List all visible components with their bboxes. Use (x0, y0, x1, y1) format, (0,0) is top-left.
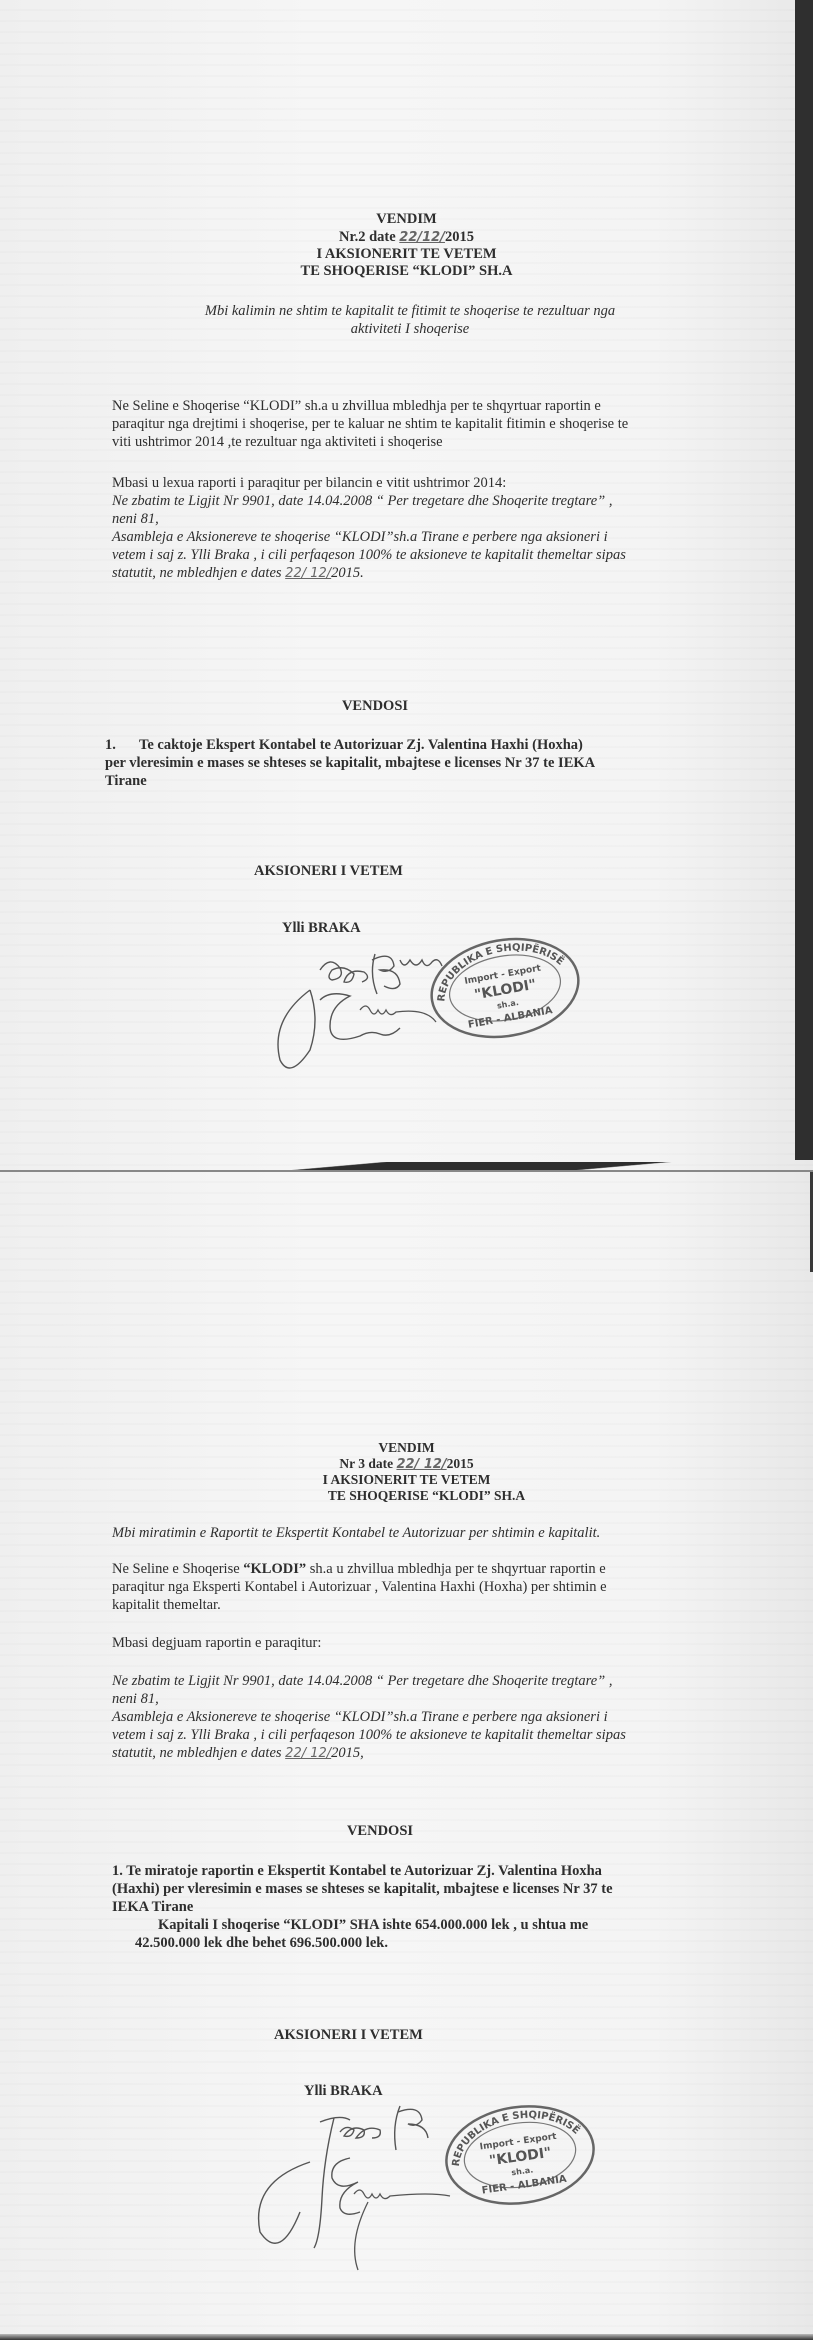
basis-line: Ne zbatim te Ligjit Nr 9901, date 14.04.… (112, 492, 612, 510)
decision-line: Tirane (105, 772, 147, 790)
decision-heading: VENDOSI (0, 1822, 760, 1840)
basis-year: 2015. (331, 565, 364, 581)
subject-line: Mbi miratimin e Raportit te Ekspertit Ko… (112, 1524, 600, 1542)
document-page-2: VENDIM Nr 3 date 22/ 12/2015 I AKSIONERI… (0, 1172, 813, 2340)
decision-line: IEKA Tirane (112, 1898, 193, 1916)
signatory-title: AKSIONERI I VETEM (254, 862, 403, 880)
decision-title: VENDIM (0, 1440, 813, 1456)
basis-line: Asambleja e Aksionereve te shoqerise “KL… (112, 528, 608, 546)
decision-number-date: Nr 3 date 22/ 12/2015 (0, 1456, 813, 1473)
decision-item-number: 1. (105, 736, 139, 754)
basis-text: statutit, ne mbledhjen e dates (112, 1745, 285, 1761)
handwritten-date: 22/ 12/ (285, 566, 331, 581)
intro-text: sh.a u zhvillua mbledhja per te shqyrtua… (306, 1561, 606, 1577)
signatory-title: AKSIONERI I VETEM (274, 2026, 423, 2044)
subject-line: Mbi kalimin ne shtim te kapitalit te fit… (110, 302, 710, 320)
signatory-name: Ylli BRAKA (282, 919, 361, 937)
intro-line: Ne Seline e Shoqerise “KLODI” sh.a u zhv… (112, 1560, 606, 1578)
decision-number: Nr.2 date (339, 229, 399, 245)
basis-line: statutit, ne mbledhjen e dates 22/ 12/20… (112, 1744, 364, 1763)
decision-line: 1. Te miratoje raportin e Ekspertit Kont… (112, 1862, 602, 1880)
basis-text: statutit, ne mbledhjen e dates (112, 565, 285, 581)
intro-line: paraqitur nga Eksperti Kontabel i Autori… (112, 1578, 607, 1596)
decision-heading: VENDOSI (0, 697, 750, 715)
basis-line: vetem i saj z. Ylli Braka , i cili perfa… (112, 546, 626, 564)
company-name: “KLODI” (243, 1561, 306, 1577)
basis-lead: Mbasi u lexua raporti i paraqitur per bi… (112, 474, 506, 492)
decision-year: 2015 (445, 229, 474, 245)
intro-line: kapitalit themeltar. (112, 1596, 221, 1614)
handwritten-date: 22/ 12/ (285, 1746, 331, 1761)
decision-number: Nr 3 date (339, 1456, 396, 1471)
header-line-shareholder: I AKSIONERIT TE VETEM (0, 1472, 813, 1488)
stamp-suffix-text: sh.a. (496, 998, 519, 1011)
scan-edge-shadow (795, 0, 813, 1160)
intro-line: Ne Seline e Shoqerise “KLODI” sh.a u zhv… (112, 397, 601, 415)
basis-line: Asambleja e Aksionereve te shoqerise “KL… (112, 1708, 608, 1726)
company-stamp: REPUBLIKA E SHQIPËRISË Import - Export "… (425, 933, 585, 1043)
basis-line: vetem i saj z. Ylli Braka , i cili perfa… (112, 1726, 626, 1744)
basis-line: Ne zbatim te Ligjit Nr 9901, date 14.04.… (112, 1672, 612, 1690)
document-page-1: VENDIM Nr.2 date 22/12/2015 I AKSIONERIT… (0, 0, 813, 1170)
decision-item: 1.Te caktoje Ekspert Kontabel te Autoriz… (105, 736, 583, 754)
handwritten-date: 22/ 12/ (396, 1457, 446, 1472)
subject-line: aktiviteti I shoqerise (110, 320, 710, 338)
decision-title: VENDIM (0, 210, 813, 228)
basis-line: neni 81, (112, 1690, 159, 1708)
company-stamp: REPUBLIKA E SHQIPËRISË Import - Export "… (440, 2100, 600, 2210)
intro-line: paraqitur nga drejtimi i shoqerise, per … (112, 415, 628, 433)
basis-line: statutit, ne mbledhjen e dates 22/ 12/20… (112, 564, 364, 583)
header-line-company: TE SHOQERISE “KLODI” SH.A (0, 262, 813, 280)
decision-year: 2015 (447, 1456, 474, 1471)
signatory-name: Ylli BRAKA (304, 2082, 383, 2100)
capital-line: 42.500.000 lek dhe behet 696.500.000 lek… (135, 1934, 388, 1952)
intro-text: Ne Seline e Shoqerise (112, 1561, 243, 1577)
capital-line: Kapitali I shoqerise “KLODI” SHA ishte 6… (158, 1916, 588, 1934)
decision-line: (Haxhi) per vleresimin e mases se shtese… (112, 1880, 613, 1898)
stamp-bottom-text: FIER - ALBANIA (481, 2174, 567, 2197)
handwritten-date: 22/12/ (399, 230, 445, 245)
decision-text: Te caktoje Ekspert Kontabel te Autorizua… (139, 737, 583, 753)
basis-year: 2015, (331, 1745, 364, 1761)
page-fold-shadow (0, 1162, 813, 1170)
decision-line: per vleresimin e mases se shteses se kap… (105, 754, 595, 772)
stamp-suffix-text: sh.a. (511, 2165, 534, 2177)
header-line-company: TE SHOQERISE “KLODI” SH.A (20, 1488, 813, 1504)
intro-line: viti ushtrimor 2014 ,te rezultuar nga ak… (112, 433, 443, 451)
header-line-shareholder: I AKSIONERIT TE VETEM (0, 245, 813, 263)
basis-lead: Mbasi degjuam raportin e paraqitur: (112, 1634, 321, 1652)
basis-line: neni 81, (112, 510, 159, 528)
scan-bottom-edge (0, 2334, 813, 2340)
